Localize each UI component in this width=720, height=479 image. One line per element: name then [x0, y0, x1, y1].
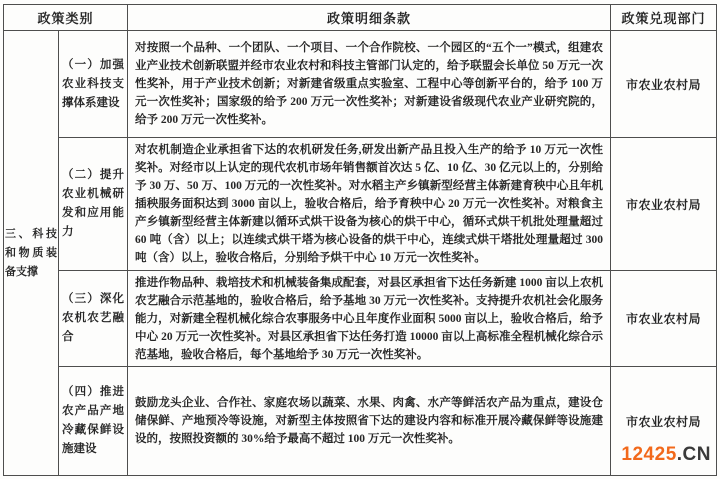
subcategory-cell: （四）推进农产品产地冷藏保鲜设施建设 [59, 367, 128, 476]
detail-cell: 对农机制造企业承担省下达的农机研发任务,研发出新产品且投入生产的给予 10 万元… [128, 138, 611, 271]
table-row: 三、科技和物质装备支撑 （一）加强农业科技支撑体系建设 对按照一个品种、一个团队… [4, 31, 717, 138]
watermark-number: 12425 [621, 444, 676, 465]
category-group-cell: 三、科技和物质装备支撑 [4, 31, 59, 476]
table-row: （四）推进农产品产地冷藏保鲜设施建设 鼓励龙头企业、合作社、家庭农场以蔬菜、水果… [4, 367, 717, 476]
detail-cell: 对按照一个品种、一个团队、一个项目、一个合作院校、一个园区的“五个一”模式，组建… [128, 31, 611, 138]
detail-cell: 鼓励龙头企业、合作社、家庭农场以蔬菜、水果、肉禽、水产等鲜活农产品为重点，建设仓… [128, 367, 611, 476]
detail-cell: 推进作物品种、栽培技术和机械装备集成配套，对县区承担省下达任务新建 1000 亩… [128, 271, 611, 367]
subcategory-cell: （二）提升农业机械研发和应用能力 [59, 138, 128, 271]
document-page: 政策类别 政策明细条款 政策兑现部门 三、科技和物质装备支撑 （一）加强农业科技… [0, 0, 720, 479]
department-cell: 市农业农村局 [611, 138, 717, 271]
header-policy-detail: 政策明细条款 [128, 5, 611, 31]
subcategory-cell: （三）深化农机农艺融合 [59, 271, 128, 367]
policy-table: 政策类别 政策明细条款 政策兑现部门 三、科技和物质装备支撑 （一）加强农业科技… [3, 4, 717, 476]
watermark-suffix: .CN [677, 444, 711, 465]
department-cell: 市农业农村局 [611, 271, 717, 367]
watermark: 12425.CN [621, 444, 711, 466]
header-policy-department: 政策兑现部门 [611, 5, 717, 31]
table-row: （三）深化农机农艺融合 推进作物品种、栽培技术和机械装备集成配套，对县区承担省下… [4, 271, 717, 367]
subcategory-cell: （一）加强农业科技支撑体系建设 [59, 31, 128, 138]
table-row: （二）提升农业机械研发和应用能力 对农机制造企业承担省下达的农机研发任务,研发出… [4, 138, 717, 271]
header-row: 政策类别 政策明细条款 政策兑现部门 [4, 5, 717, 31]
department-cell: 市农业农村局 [611, 31, 717, 138]
header-policy-category: 政策类别 [4, 5, 128, 31]
